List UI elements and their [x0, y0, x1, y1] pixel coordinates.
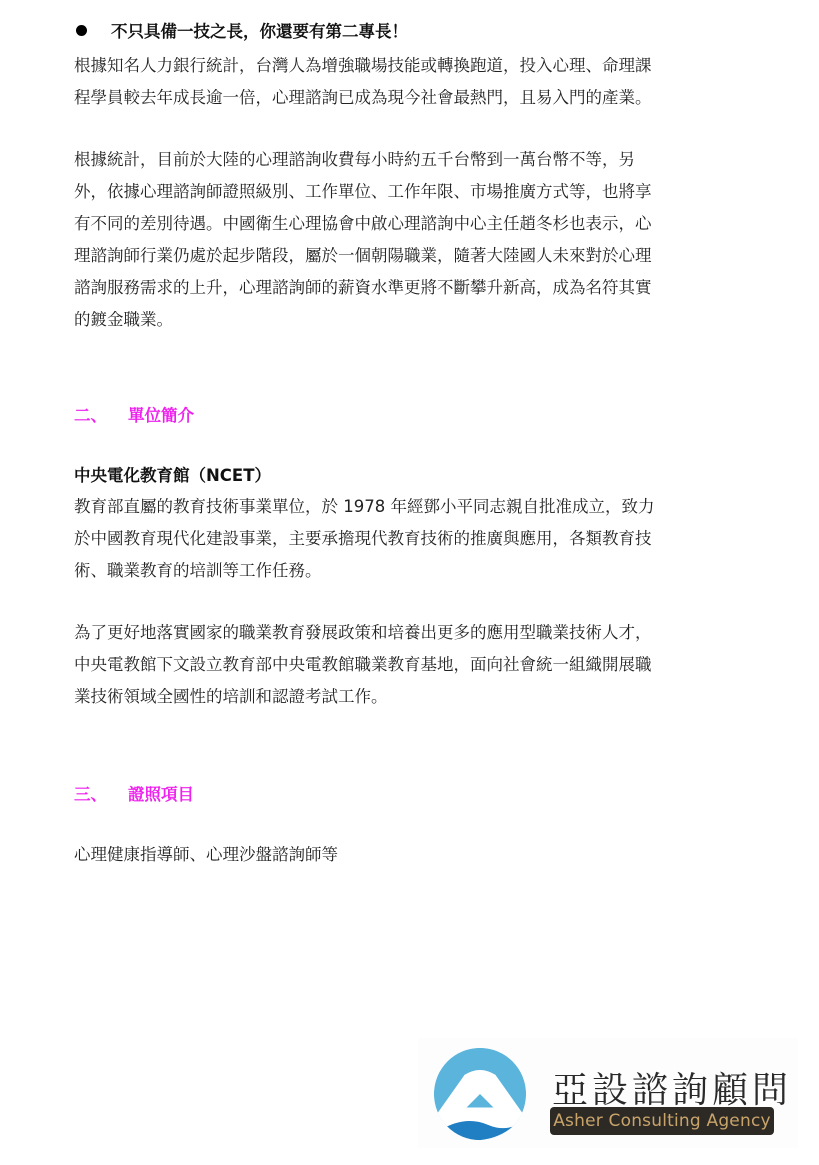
section-heading-unit-intro: 二、 單位簡介 [74, 402, 194, 426]
text-line: 業技術領域全國性的培訓和認證考試工作。 [74, 681, 714, 713]
section-title: 證照項目 [128, 781, 194, 805]
paragraph-vocational-base: 為了更好地落實國家的職業教育發展政策和培養出更多的應用型職業技術人才， 中央電教… [74, 617, 714, 713]
logo-name-chinese: 亞設諮詢顧問 [552, 1062, 792, 1113]
bullet-heading-text: 不只具備一技之長，你還要有第二專長！ [111, 18, 408, 42]
text-line: 諮詢服務需求的上升，心理諮詢師的薪資水準更將不斷攀升新高，成為名符其實 [74, 272, 714, 304]
text-line: 程學員較去年成長逾一倍，心理諮詢已成為現今社會最熱門，且易入門的產業。 [74, 82, 714, 114]
logo-mountain-icon [432, 1046, 528, 1142]
text-line: 為了更好地落實國家的職業教育發展政策和培養出更多的應用型職業技術人才， [74, 617, 714, 649]
certification-list: 心理健康指導師、心理沙盤諮詢師等 [74, 839, 714, 871]
text-line: 教育部直屬的教育技術事業單位，於 1978 年經鄧小平同志親自批准成立，致力 [74, 491, 714, 523]
org-title: 中央電化教育館（NCET） [74, 462, 271, 486]
text-line: 術、職業教育的培訓等工作任務。 [74, 555, 714, 587]
paragraph-job-stats: 根據知名人力銀行統計，台灣人為增強職場技能或轉換跑道，投入心理、命理課 程學員較… [74, 50, 714, 114]
paragraph-salary-stats: 根據統計，目前於大陸的心理諮詢收費每小時約五千台幣到一萬台幣不等，另 外，依據心… [74, 144, 714, 336]
text-line: 的鍍金職業。 [74, 304, 714, 336]
bullet-icon [76, 25, 87, 36]
section-title: 單位簡介 [128, 402, 194, 426]
bullet-heading: 不只具備一技之長，你還要有第二專長！ [74, 18, 408, 42]
text-line: 理諮詢師行業仍處於起步階段，屬於一個朝陽職業，隨著大陸國人未來對於心理 [74, 240, 714, 272]
section-number: 三、 [74, 781, 128, 805]
section-heading-certifications: 三、 證照項目 [74, 781, 194, 805]
text-line: 心理健康指導師、心理沙盤諮詢師等 [74, 839, 714, 871]
text-line: 於中國教育現代化建設事業，主要承擔現代教育技術的推廣與應用，各類教育技 [74, 523, 714, 555]
text-line: 外，依據心理諮詢師證照級別、工作單位、工作年限、市場推廣方式等，也將享 [74, 176, 714, 208]
text-line: 有不同的差別待遇。中國衛生心理協會中啟心理諮詢中心主任趙冬杉也表示，心 [74, 208, 714, 240]
text-line: 根據知名人力銀行統計，台灣人為增強職場技能或轉換跑道，投入心理、命理課 [74, 50, 714, 82]
text-line: 中央電教館下文設立教育部中央電教館職業教育基地，面向社會統一組織開展職 [74, 649, 714, 681]
section-number: 二、 [74, 402, 128, 426]
company-logo: 亞設諮詢顧問 Asher Consulting Agency [418, 1038, 798, 1148]
text-line: 根據統計，目前於大陸的心理諮詢收費每小時約五千台幣到一萬台幣不等，另 [74, 144, 714, 176]
logo-name-english: Asher Consulting Agency [550, 1107, 774, 1135]
paragraph-org-description: 教育部直屬的教育技術事業單位，於 1978 年經鄧小平同志親自批准成立，致力 於… [74, 491, 714, 587]
